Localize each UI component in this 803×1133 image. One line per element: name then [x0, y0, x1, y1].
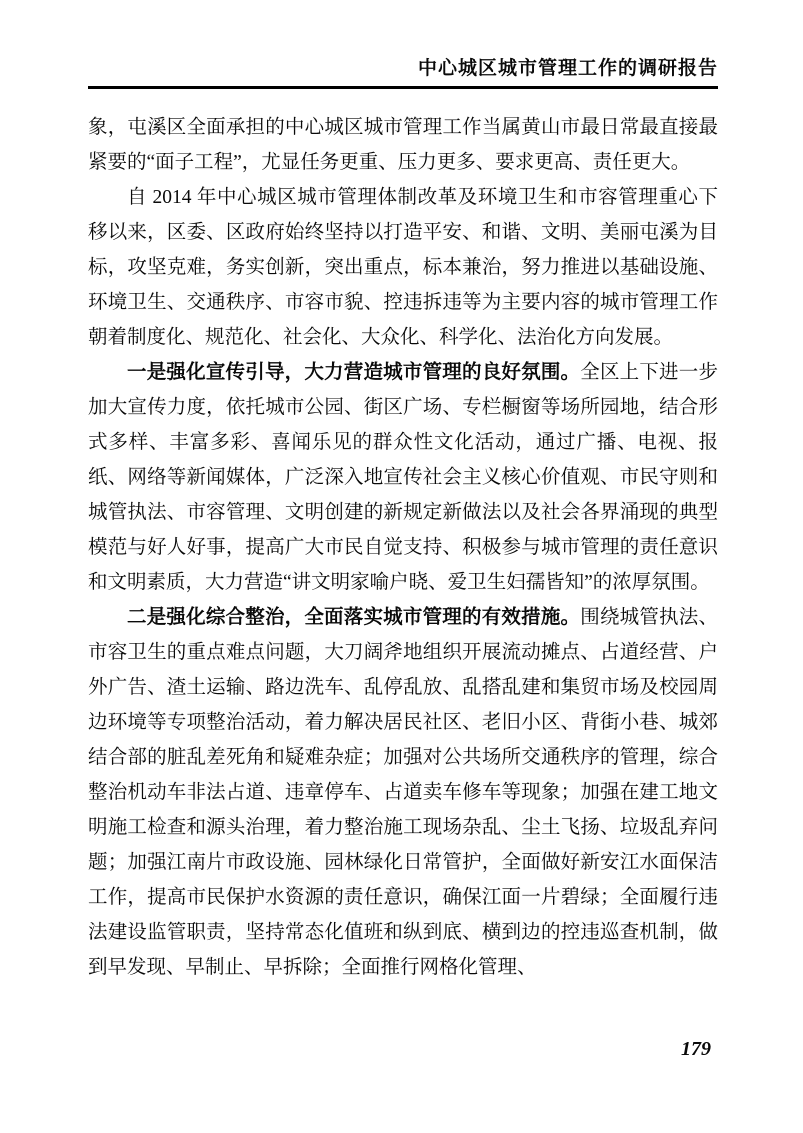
running-header-title: 中心城区城市管理工作的调研报告	[88, 0, 718, 80]
paragraph-lead: 二是强化综合整治，全面落实城市管理的有效措施。	[127, 607, 580, 628]
paragraph-lead: 一是强化宣传引导，大力营造城市管理的良好氛围。	[127, 362, 580, 383]
page-number: 179	[681, 1038, 711, 1061]
paragraph-text: 全区上下进一步加大宣传力度，依托城市公园、街区广场、专栏橱窗等场所园地，结合形式…	[88, 362, 718, 593]
header-rule	[88, 86, 718, 89]
paragraph-1: 象，屯溪区全面承担的中心城区城市管理工作当属黄山市最日常最直接最紧要的“面子工程…	[88, 110, 718, 180]
paragraph-3: 一是强化宣传引导，大力营造城市管理的良好氛围。全区上下进一步加大宣传力度，依托城…	[88, 355, 718, 600]
document-body: 象，屯溪区全面承担的中心城区城市管理工作当属黄山市最日常最直接最紧要的“面子工程…	[88, 110, 718, 985]
paragraph-text: 围绕城管执法、市容卫生的重点难点问题，大刀阔斧地组织开展流动摊点、占道经营、户外…	[88, 607, 718, 978]
paragraph-2: 自 2014 年中心城区城市管理体制改革及环境卫生和市容管理重心下移以来，区委、…	[88, 180, 718, 355]
document-page: 中心城区城市管理工作的调研报告 象，屯溪区全面承担的中心城区城市管理工作当属黄山…	[0, 0, 803, 1133]
paragraph-4: 二是强化综合整治，全面落实城市管理的有效措施。围绕城管执法、市容卫生的重点难点问…	[88, 600, 718, 985]
page-content: 中心城区城市管理工作的调研报告 象，屯溪区全面承担的中心城区城市管理工作当属黄山…	[88, 0, 718, 985]
paragraph-text: 自 2014 年中心城区城市管理体制改革及环境卫生和市容管理重心下移以来，区委、…	[88, 187, 718, 348]
paragraph-text: 象，屯溪区全面承担的中心城区城市管理工作当属黄山市最日常最直接最紧要的“面子工程…	[88, 117, 718, 173]
